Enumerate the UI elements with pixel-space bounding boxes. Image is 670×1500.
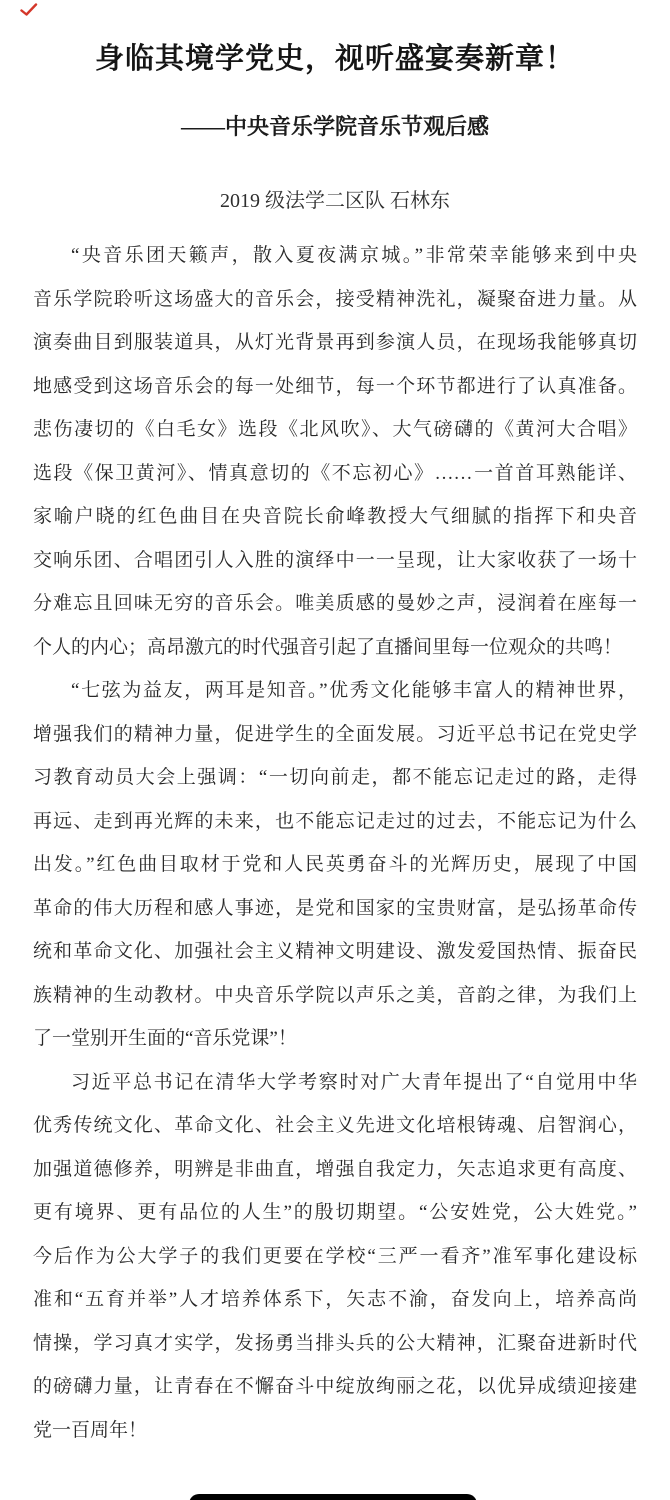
text-line: 革命的伟大历程和感人事迹，是党和国家的宝贵财富，是弘扬革命传 [33,887,637,931]
text-line: 优秀传统文化、革命文化、社会主义先进文化培根铸魂、启智润心， [33,1104,637,1148]
text-line: 交响乐团、合唱团引人入胜的演绎中一一呈现，让大家收获了一场十 [33,539,637,583]
text-line: 再远、走到再光辉的未来，也不能忘记走过的过去，不能忘记为什么 [33,800,637,844]
text-line: 增强我们的精神力量，促进学生的全面发展。习近平总书记在党史学 [33,713,637,757]
text-line: 音乐学院聆听这场盛大的音乐会，接受精神洗礼，凝聚奋进力量。从 [33,278,637,322]
text-line: 更有境界、更有品位的人生”的殷切期望。“公安姓党，公大姓党。” [33,1191,637,1235]
text-line: 今后作为公大学子的我们更要在学校“三严一看齐”准军事化建设标 [33,1235,637,1279]
paragraph: “七弦为益友，两耳是知音。”优秀文化能够丰富人的精神世界，增强我们的精神力量，促… [33,669,637,1061]
author-byline: 2019 级法学二区队 石林东 [30,189,640,213]
paragraph: 习近平总书记在清华大学考察时对广大青年提出了“自觉用中华优秀传统文化、革命文化、… [33,1061,637,1453]
text-line: “央音乐团天籁声，散入夏夜满京城。”非常荣幸能够来到中央 [33,234,637,278]
text-line: 了一堂别开生面的“音乐党课”！ [33,1017,637,1061]
text-line: 悲伤凄切的《白毛女》选段《北风吹》、大气磅礴的《黄河大合唱》 [33,408,637,452]
text-line: 选段《保卫黄河》、情真意切的《不忘初心》……一首首耳熟能详、 [33,452,637,496]
text-line: 情操，学习真才实学，发扬勇当排头兵的公大精神，汇聚奋进新时代 [33,1322,637,1366]
document-subtitle: ——中央音乐学院音乐节观后感 [30,114,640,140]
text-line: 统和革命文化、加强社会主义精神文明建设、激发爱国热情、振奋民 [33,930,637,974]
paragraph: “央音乐团天籁声，散入夏夜满京城。”非常荣幸能够来到中央音乐学院聆听这场盛大的音… [33,234,637,669]
text-line: 习教育动员大会上强调：“一切向前走，都不能忘记走过的路，走得 [33,756,637,800]
document-page: 身临其境学党史，视听盛宴奏新章！ ——中央音乐学院音乐节观后感 2019 级法学… [0,0,670,1500]
text-line: 习近平总书记在清华大学考察时对广大青年提出了“自觉用中华 [33,1061,637,1105]
text-line: 演奏曲目到服装道具，从灯光背景再到参演人员，在现场我能够真切 [33,321,637,365]
text-line: 地感受到这场音乐会的每一处细节，每一个环节都进行了认真准备。 [33,365,637,409]
document-title: 身临其境学党史，视听盛宴奏新章！ [30,40,640,78]
text-line: 个人的内心；高昂激亢的时代强音引起了直播间里每一位观众的共鸣！ [33,626,637,670]
text-line: 出发。”红色曲目取材于党和人民英勇奋斗的光辉历史，展现了中国 [33,843,637,887]
red-pen-mark-icon [20,3,38,17]
text-line: “七弦为益友，两耳是知音。”优秀文化能够丰富人的精神世界， [33,669,637,713]
text-line: 准和“五育并举”人才培养体系下，矢志不渝，奋发向上，培养高尚 [33,1278,637,1322]
text-line: 家喻户晓的红色曲目在央音院长俞峰教授大气细腻的指挥下和央音 [33,495,637,539]
text-line: 族精神的生动教材。中央音乐学院以声乐之美，音韵之律，为我们上 [33,974,637,1018]
text-line: 党一百周年！ [33,1409,637,1453]
bottom-button-partial[interactable] [189,1494,477,1500]
text-line: 的磅礴力量，让青春在不懈奋斗中绽放绚丽之花，以优异成绩迎接建 [33,1365,637,1409]
text-line: 分难忘且回味无穷的音乐会。唯美质感的曼妙之声，浸润着在座每一 [33,582,637,626]
document-body: “央音乐团天籁声，散入夏夜满京城。”非常荣幸能够来到中央音乐学院聆听这场盛大的音… [33,234,637,1452]
text-line: 加强道德修养，明辨是非曲直，增强自我定力，矢志追求更有高度、 [33,1148,637,1192]
